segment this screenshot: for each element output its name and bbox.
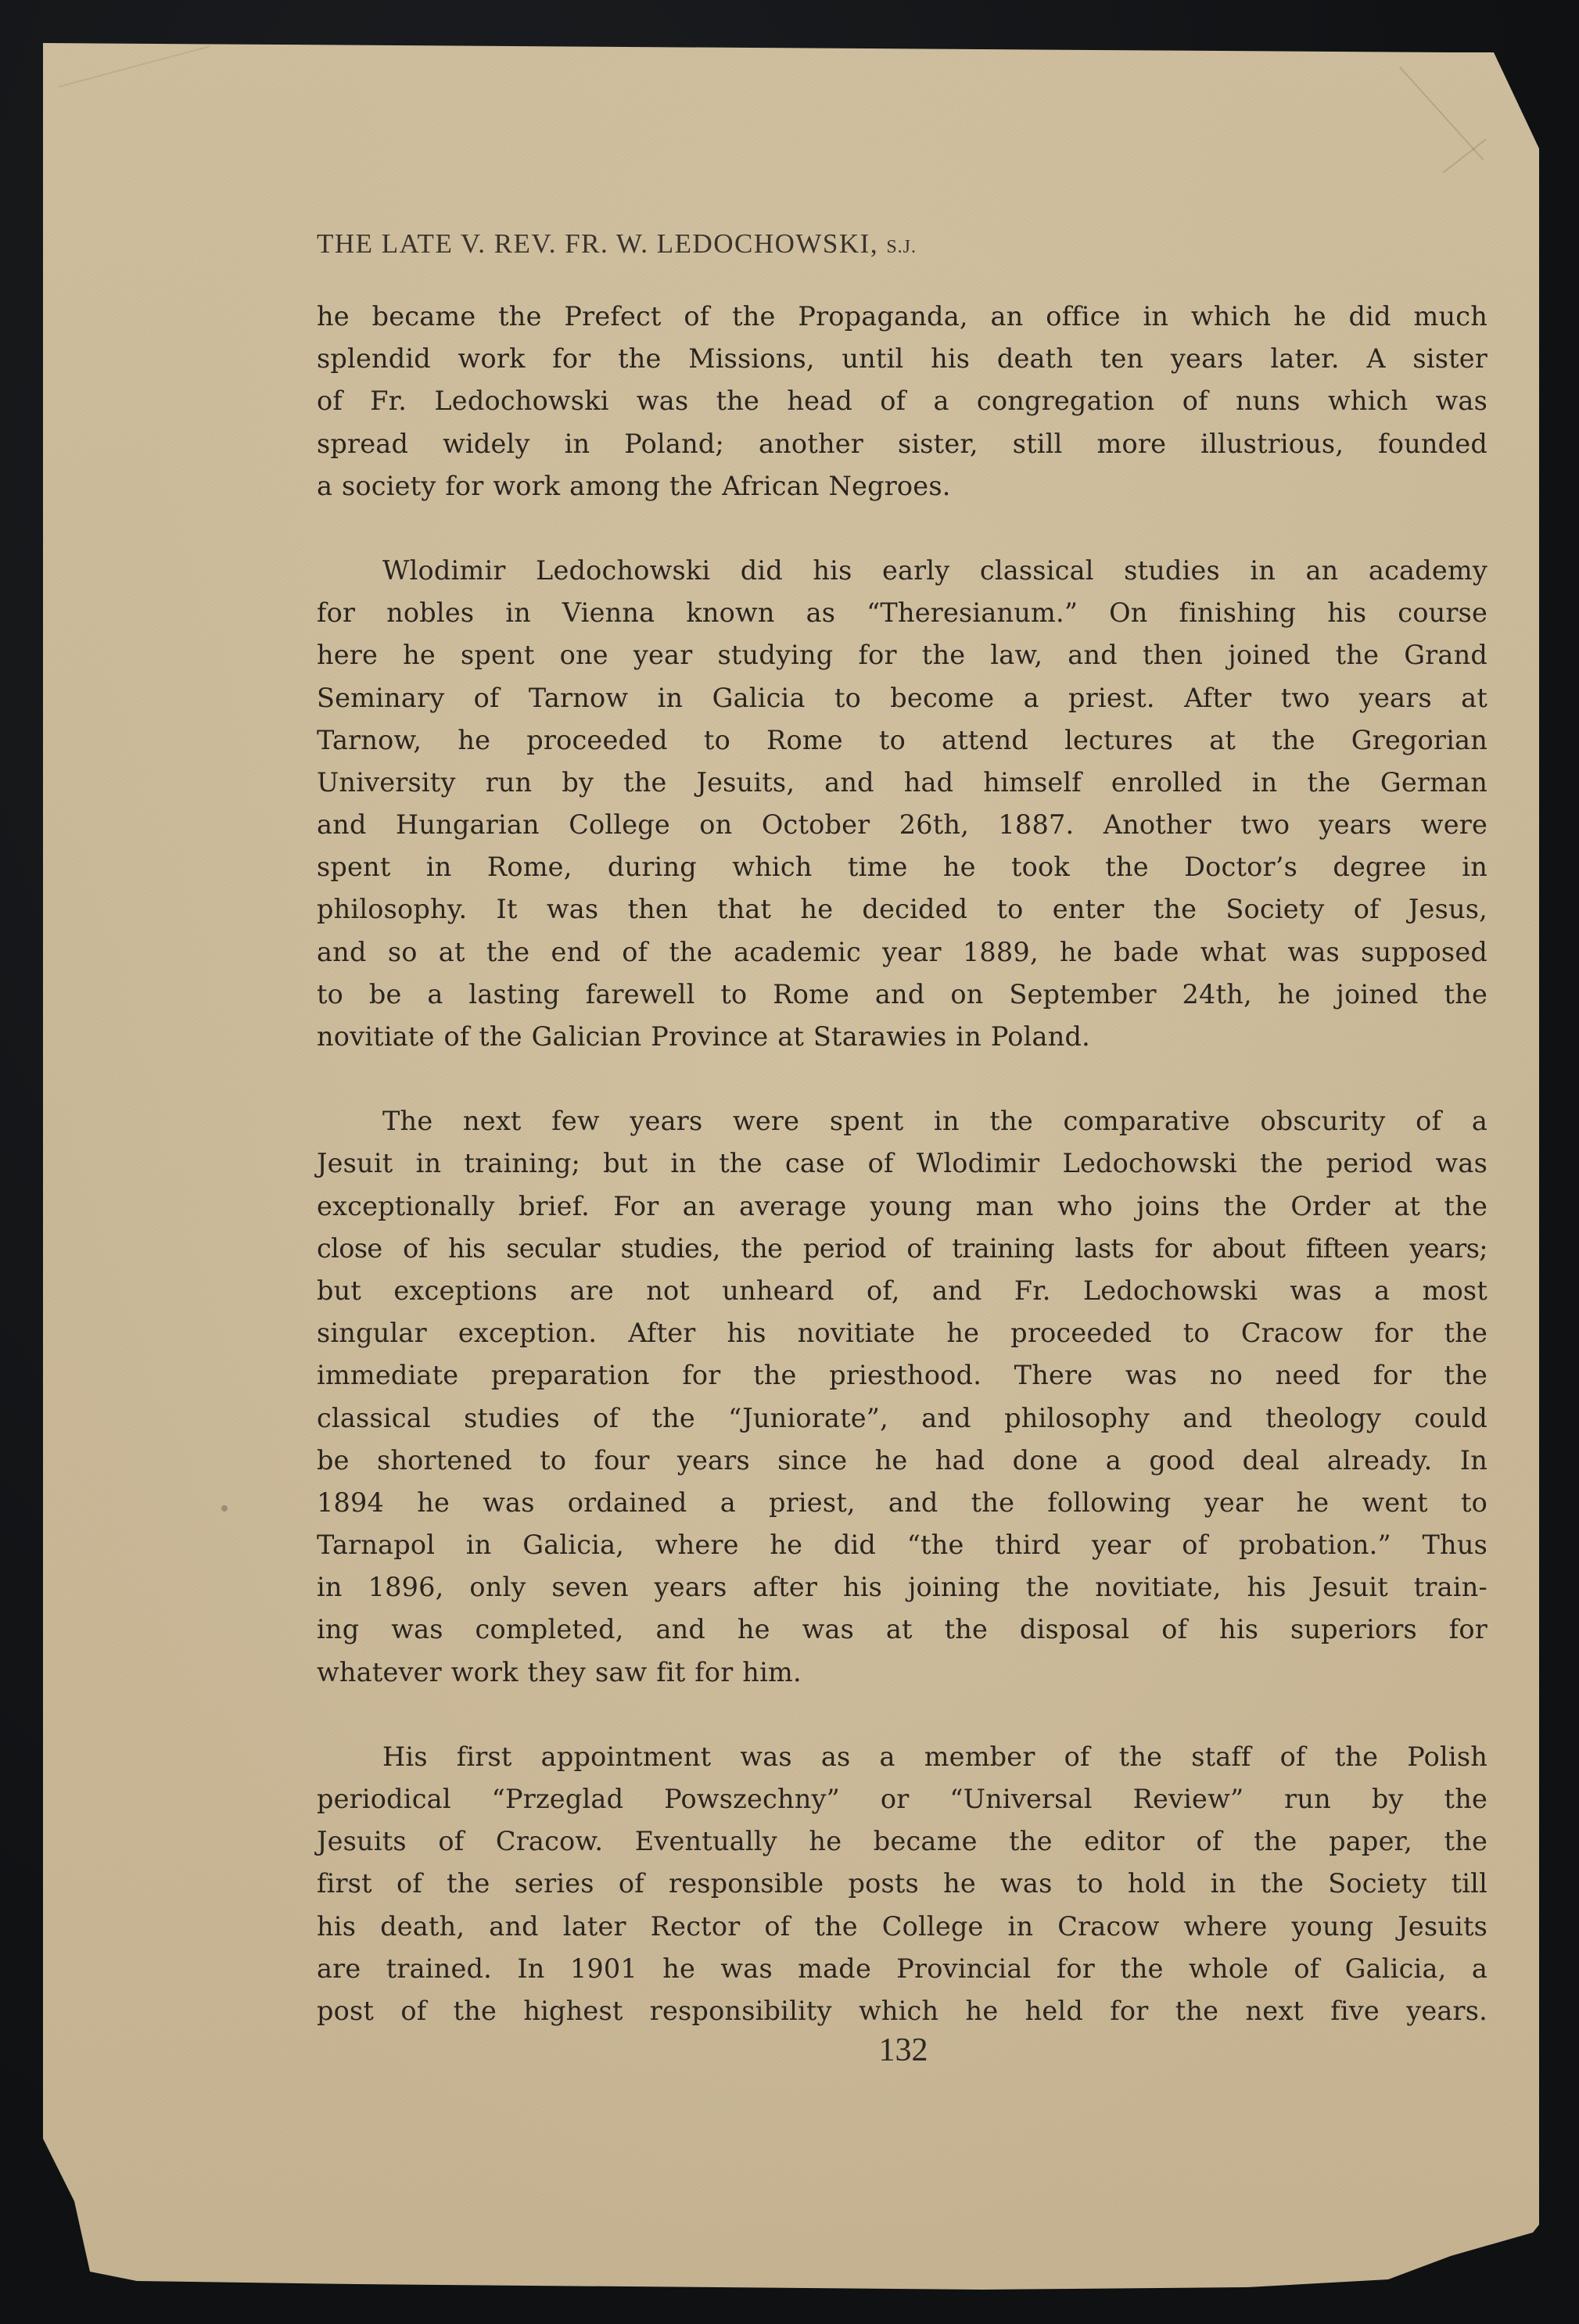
paragraph-2: Wlodimir Ledochowski did his early class…	[317, 550, 1487, 1058]
running-head-suffix: S.J.	[886, 237, 917, 257]
text-line: 1894 he was ordained a priest, and the f…	[317, 1482, 1487, 1524]
running-head-title: THE LATE V. REV. FR. W. LEDOCHOWSKI,	[317, 228, 878, 259]
paragraph-3: The next few years were spent in the com…	[317, 1100, 1487, 1694]
text-line: Tarnapol in Galicia, where he did “the t…	[317, 1524, 1487, 1566]
text-line: but exceptions are not unheard of, and F…	[317, 1270, 1487, 1312]
running-head: THE LATE V. REV. FR. W. LEDOCHOWSKI, S.J…	[317, 228, 917, 260]
text-line: whatever work they saw fit for him.	[317, 1652, 1487, 1694]
ink-speck	[221, 1505, 228, 1512]
text-line: to be a lasting farewell to Rome and on …	[317, 974, 1487, 1016]
article-body: he became the Prefect of the Propaganda,…	[317, 296, 1487, 2075]
text-line: Jesuits of Cracow. Eventually he became …	[317, 1820, 1487, 1863]
page-number: 132	[864, 2032, 942, 2069]
text-line: exceptionally brief. For an average youn…	[317, 1185, 1487, 1228]
text-line: are trained. In 1901 he was made Provinc…	[317, 1948, 1487, 1990]
text-line: of Fr. Ledochowski was the head of a con…	[317, 380, 1487, 422]
text-line: Tarnow, he proceeded to Rome to attend l…	[317, 719, 1487, 762]
paragraph-4: His first appointment was as a member of…	[317, 1736, 1487, 2032]
text-line: University run by the Jesuits, and had h…	[317, 762, 1487, 804]
text-line: and so at the end of the academic year 1…	[317, 931, 1487, 974]
text-line: close of his secular studies, the period…	[317, 1228, 1487, 1270]
text-line: here he spent one year studying for the …	[317, 634, 1487, 676]
text-line: post of the highest responsibility which…	[317, 1990, 1487, 2032]
text-line: a society for work among the African Neg…	[317, 465, 1487, 507]
text-line: Wlodimir Ledochowski did his early class…	[317, 550, 1487, 592]
text-line: for nobles in Vienna known as “Theresian…	[317, 592, 1487, 634]
text-line: spread widely in Poland; another sister,…	[317, 423, 1487, 465]
text-line: in 1896, only seven years after his join…	[317, 1566, 1487, 1609]
text-line: novitiate of the Galician Province at St…	[317, 1016, 1487, 1058]
text-line: philosophy. It was then that he decided …	[317, 888, 1487, 931]
paper-crease	[59, 45, 210, 88]
text-line: periodical “Przeglad Powszechny” or “Uni…	[317, 1778, 1487, 1820]
paper-crease	[1399, 66, 1484, 160]
text-line: he became the Prefect of the Propaganda,…	[317, 296, 1487, 338]
text-line: Jesuit in training; but in the case of W…	[317, 1142, 1487, 1185]
text-line: Seminary of Tarnow in Galicia to become …	[317, 677, 1487, 719]
text-line: classical studies of the “Juniorate”, an…	[317, 1397, 1487, 1440]
text-line: The next few years were spent in the com…	[317, 1100, 1487, 1142]
text-line: splendid work for the Missions, until hi…	[317, 338, 1487, 380]
text-line: singular exception. After his novitiate …	[317, 1312, 1487, 1354]
text-line: immediate preparation for the priesthood…	[317, 1354, 1487, 1397]
text-line: and Hungarian College on October 26th, 1…	[317, 804, 1487, 846]
text-line: be shortened to four years since he had …	[317, 1440, 1487, 1482]
text-line: first of the series of responsible posts…	[317, 1863, 1487, 1905]
paragraph-1: he became the Prefect of the Propaganda,…	[317, 296, 1487, 507]
text-line: His first appointment was as a member of…	[317, 1736, 1487, 1778]
text-line: his death, and later Rector of the Colle…	[317, 1906, 1487, 1948]
text-line: ing was completed, and he was at the dis…	[317, 1609, 1487, 1651]
text-line: spent in Rome, during which time he took…	[317, 846, 1487, 888]
